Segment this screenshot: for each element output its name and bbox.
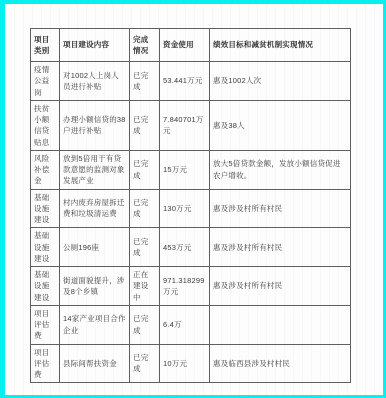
cell-funds: 971.318299万元: [160, 267, 210, 306]
cell-status: 已完成: [130, 62, 160, 101]
cell-funds: 10万元: [160, 344, 210, 383]
cell-funds: 15万元: [160, 150, 210, 189]
header-outcome: 绩效目标和减贫机制实现情况: [210, 29, 351, 62]
table-row: 扶贫小额信贷贴息 办理小额信贷的38户进行补贴 已完成 7.840701万元 惠…: [31, 100, 351, 150]
table-row: 风险补偿金 放到5倍用于有贷款意愿的监测对象发展产业 已完成 15万元 放大5倍…: [31, 150, 351, 189]
cell-outcome: 放大5倍贷款金额，发放小额信贷促进农户增收。: [210, 150, 351, 189]
table-row: 项目评估费 14家产业项目合作企业 已完成 6.4万: [31, 305, 351, 344]
cell-status: 已完成: [130, 305, 160, 344]
header-funds: 资金使用: [160, 29, 210, 62]
header-category: 项目类别: [31, 29, 60, 62]
cell-funds: 130万元: [160, 189, 210, 228]
cell-status: 已完成: [130, 189, 160, 228]
project-table: 项目类别 项目建设内容 完成情况 资金使用 绩效目标和减贫机制实现情况 疫情公益…: [30, 28, 351, 383]
cell-category: 扶贫小额信贷贴息: [31, 100, 60, 150]
cell-category: 基础设施建设: [31, 228, 60, 267]
cell-content: 放到5倍用于有贷款意愿的监测对象发展产业: [60, 150, 130, 189]
cell-status: 已完成: [130, 100, 160, 150]
cell-outcome: 惠及38人: [210, 100, 351, 150]
header-status: 完成情况: [130, 29, 160, 62]
cell-content: 对1002人上岗人员进行补贴: [60, 62, 130, 101]
cell-category: 项目评估费: [31, 344, 60, 383]
cell-outcome: 惠及涉及村所有村民: [210, 189, 351, 228]
cell-status: 已完成: [130, 150, 160, 189]
cell-funds: 453万元: [160, 228, 210, 267]
cell-category: 基础设施建设: [31, 189, 60, 228]
header-content: 项目建设内容: [60, 29, 130, 62]
cell-category: 风险补偿金: [31, 150, 60, 189]
cell-category: 基础设施建设: [31, 267, 60, 306]
cell-funds: 7.840701万元: [160, 100, 210, 150]
table-row: 基础设施建设 街道面貌提升，涉及8个乡镇 正在建设中 971.318299万元 …: [31, 267, 351, 306]
table-row: 疫情公益岗 对1002人上岗人员进行补贴 已完成 53.441万元 惠及1002…: [31, 62, 351, 101]
cell-content: 村内废弃房屋拆迁费和垃圾清运费: [60, 189, 130, 228]
table-row: 基础设施建设 公厕196座 已完成 453万元 惠及涉及村所有村民: [31, 228, 351, 267]
cell-status: 已完成: [130, 228, 160, 267]
cell-outcome: 惠及临西县涉及村村民: [210, 344, 351, 383]
cell-outcome: [210, 305, 351, 344]
cell-content: 公厕196座: [60, 228, 130, 267]
table-row: 项目评估费 县际间帮扶资金 已完成 10万元 惠及临西县涉及村村民: [31, 344, 351, 383]
cell-funds: 53.441万元: [160, 62, 210, 101]
cell-status: 正在建设中: [130, 267, 160, 306]
cell-outcome: 惠及涉及村所有村民: [210, 267, 351, 306]
cell-category: 项目评估费: [31, 305, 60, 344]
cell-funds: 6.4万: [160, 305, 210, 344]
table-row: 基础设施建设 村内废弃房屋拆迁费和垃圾清运费 已完成 130万元 惠及涉及村所有…: [31, 189, 351, 228]
cell-category: 疫情公益岗: [31, 62, 60, 101]
cell-content: 办理小额信贷的38户进行补贴: [60, 100, 130, 150]
cell-status: 已完成: [130, 344, 160, 383]
cell-outcome: 惠及1002人次: [210, 62, 351, 101]
cell-outcome: 惠及涉及村所有村民: [210, 228, 351, 267]
cell-content: 14家产业项目合作企业: [60, 305, 130, 344]
cell-content: 县际间帮扶资金: [60, 344, 130, 383]
cell-content: 街道面貌提升，涉及8个乡镇: [60, 267, 130, 306]
scanned-page: 项目类别 项目建设内容 完成情况 资金使用 绩效目标和减贫机制实现情况 疫情公益…: [0, 0, 386, 398]
table-header-row: 项目类别 项目建设内容 完成情况 资金使用 绩效目标和减贫机制实现情况: [31, 29, 351, 62]
